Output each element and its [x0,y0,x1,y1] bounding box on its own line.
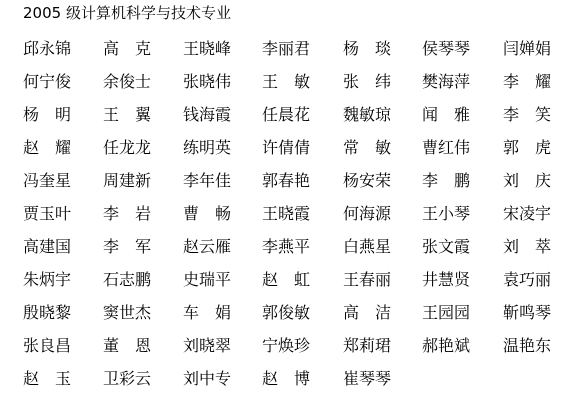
student-name: 石志鹏 [103,269,151,291]
student-name: 王 翼 [103,104,151,126]
student-name: 钱海霞 [183,104,231,126]
student-name: 李 耀 [503,71,551,93]
student-name: 李 军 [103,236,151,258]
student-name: 王小琴 [422,203,470,225]
student-name: 周建新 [103,170,151,192]
student-name: 何海源 [343,203,391,225]
student-name: 赵 虹 [262,269,310,291]
student-name: 樊海萍 [422,71,470,93]
student-name: 李年佳 [183,170,231,192]
student-name: 赵云雁 [183,236,231,258]
student-name: 冯奎星 [23,170,71,192]
student-name: 刘 萃 [503,236,551,258]
student-name: 刘 庆 [503,170,551,192]
student-name: 王春丽 [343,269,391,291]
student-name: 李丽君 [262,38,310,60]
student-name: 车 娟 [183,302,231,324]
student-name: 井慧贤 [422,269,470,291]
student-name: 何宁俊 [23,71,71,93]
student-name: 卫彩云 [103,368,151,390]
student-name: 杨 琰 [343,38,391,60]
student-name: 曹红伟 [422,137,470,159]
student-name: 靳鸣琴 [503,302,551,324]
student-name: 王 敏 [262,71,310,93]
student-name: 高 洁 [343,302,391,324]
student-name: 曹 畅 [183,203,231,225]
student-name: 高建国 [23,236,71,258]
student-name: 许倩倩 [262,137,310,159]
student-name: 张良昌 [23,335,71,357]
student-name: 殷晓黎 [23,302,71,324]
student-name: 郭春艳 [262,170,310,192]
student-name: 王园园 [422,302,470,324]
student-name: 李 笑 [503,104,551,126]
student-name: 朱炳宇 [23,269,71,291]
student-name: 张 纬 [343,71,391,93]
student-name: 闫婵娟 [503,38,551,60]
student-name: 高 克 [103,38,151,60]
student-name: 余俊士 [103,71,151,93]
student-name: 温艳东 [503,335,551,357]
student-name: 李 岩 [103,203,151,225]
student-name: 任晨花 [262,104,310,126]
student-name: 刘晓翠 [183,335,231,357]
student-name: 史瑞平 [183,269,231,291]
student-name: 常 敏 [343,137,391,159]
student-name: 王晓霞 [262,203,310,225]
student-name: 李燕平 [262,236,310,258]
student-name: 郝艳斌 [422,335,470,357]
student-name: 董 恩 [103,335,151,357]
student-name: 杨安荣 [343,170,391,192]
student-name: 张晓伟 [183,71,231,93]
student-name: 练明英 [183,137,231,159]
student-name: 赵 玉 [23,368,71,390]
student-name: 郭 虎 [503,137,551,159]
student-name: 张文霞 [422,236,470,258]
student-name: 郑莉珺 [343,335,391,357]
student-name: 贾玉叶 [23,203,71,225]
student-name: 闻 雅 [422,104,470,126]
student-name: 窦世杰 [103,302,151,324]
student-name: 王晓峰 [183,38,231,60]
student-name: 邱永锦 [23,38,71,60]
student-name: 刘中专 [183,368,231,390]
student-name: 侯琴琴 [422,38,470,60]
student-name: 郭俊敏 [262,302,310,324]
student-name: 崔琴琴 [343,368,391,390]
student-name: 赵 耀 [23,137,71,159]
student-name: 袁巧丽 [503,269,551,291]
student-name: 杨 明 [23,104,71,126]
student-name: 宋凌宇 [503,203,551,225]
student-name: 魏敏琼 [343,104,391,126]
page-title: 2005 级计算机科学与技术专业 [23,4,231,22]
student-name: 赵 博 [262,368,310,390]
student-name: 白燕星 [343,236,391,258]
student-name: 宁焕珍 [262,335,310,357]
student-name: 任龙龙 [103,137,151,159]
student-name: 李 鹏 [422,170,470,192]
